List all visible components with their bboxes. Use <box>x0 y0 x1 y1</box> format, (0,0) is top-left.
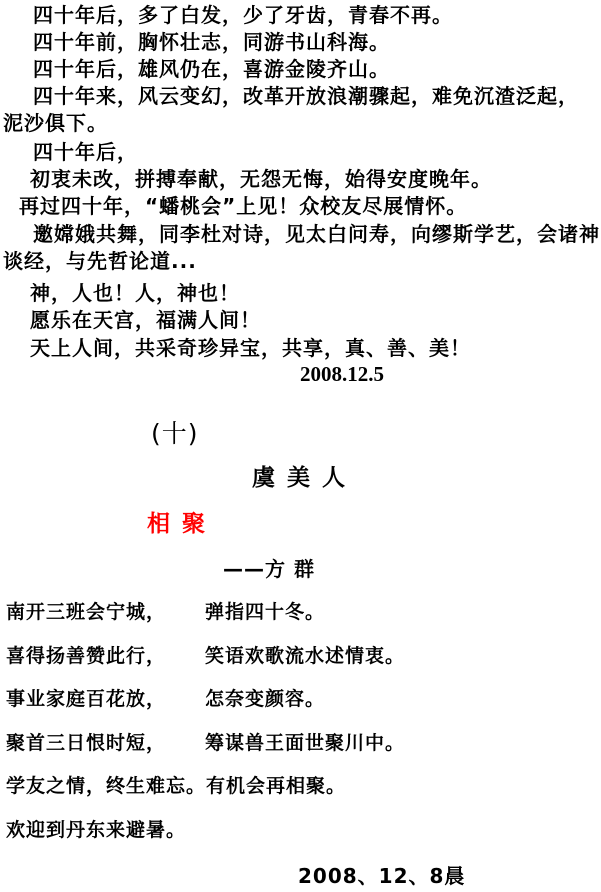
part1-date: 2008.12.5 <box>300 362 384 387</box>
poem-closing-line-1: 学友之情，终生难忘。有机会再相聚。 <box>6 771 346 798</box>
section-number: (十) <box>151 414 199 450</box>
part1-line-9: 邀嫦娥共舞，同李杜对诗，见太白问寿，向缪斯学艺，会诸神 <box>33 222 600 246</box>
poem-couplet-row: 喜得扬善赞此行， 笑语欢歌流水述情衷。 <box>0 641 601 667</box>
couplet-left: 南开三班会宁城， <box>6 597 166 624</box>
section-author: ——方 群 <box>223 553 315 582</box>
part1-line-4: 四十年来，风云变幻，改革开放浪潮骤起，难免沉渣泛起， <box>33 84 579 108</box>
part1-line-13: 天上人间，共采奇珍异宝，共享，真、善、美！ <box>30 336 471 360</box>
couplet-right: 弹指四十冬。 <box>205 597 325 624</box>
poem-couplet-row: 事业家庭百花放， 怎奈变颜容。 <box>0 684 601 710</box>
poem-couplet-row: 聚首三日恨时短， 筹谋兽王面世聚川中。 <box>0 728 601 754</box>
poem-couplet-row: 南开三班会宁城， 弹指四十冬。 <box>0 597 601 623</box>
part1-line-11: 神，人也！人，神也！ <box>30 281 240 305</box>
couplet-right: 筹谋兽王面世聚川中。 <box>205 728 405 755</box>
section-cipai: 虞 美 人 <box>252 459 347 492</box>
couplet-left: 喜得扬善赞此行， <box>6 641 166 668</box>
part1-line-10: 谈经，与先哲论道... <box>3 249 197 273</box>
document-page: 四十年后，多了白发，少了牙齿，青春不再。 四十年前，胸怀壮志，同游书山科海。 四… <box>0 0 601 892</box>
couplet-left: 聚首三日恨时短， <box>6 728 166 755</box>
part1-line-8: 再过四十年，“蟠桃会”上见！众校友尽展情怀。 <box>19 194 467 218</box>
couplet-right: 怎奈变颜容。 <box>205 684 325 711</box>
section-title: 相 聚 <box>147 505 207 538</box>
part1-line-1: 四十年后，多了白发，少了牙齿，青春不再。 <box>33 3 453 27</box>
part1-line-2: 四十年前，胸怀壮志，同游书山科海。 <box>33 30 390 54</box>
part1-line-6: 四十年后， <box>33 140 138 164</box>
part1-line-7: 初衷未改，拼搏奉献，无怨无悔，始得安度晚年。 <box>30 167 492 191</box>
part1-line-5: 泥沙俱下。 <box>3 111 108 135</box>
poem-date: 2008、12、8晨 <box>298 860 465 889</box>
couplet-right: 笑语欢歌流水述情衷。 <box>205 641 405 668</box>
poem-closing-line-2: 欢迎到丹东来避暑。 <box>6 815 186 842</box>
part1-line-3: 四十年后，雄风仍在，喜游金陵齐山。 <box>33 57 390 81</box>
part1-line-12: 愿乐在天宫，福满人间！ <box>30 308 261 332</box>
couplet-left: 事业家庭百花放， <box>6 684 166 711</box>
